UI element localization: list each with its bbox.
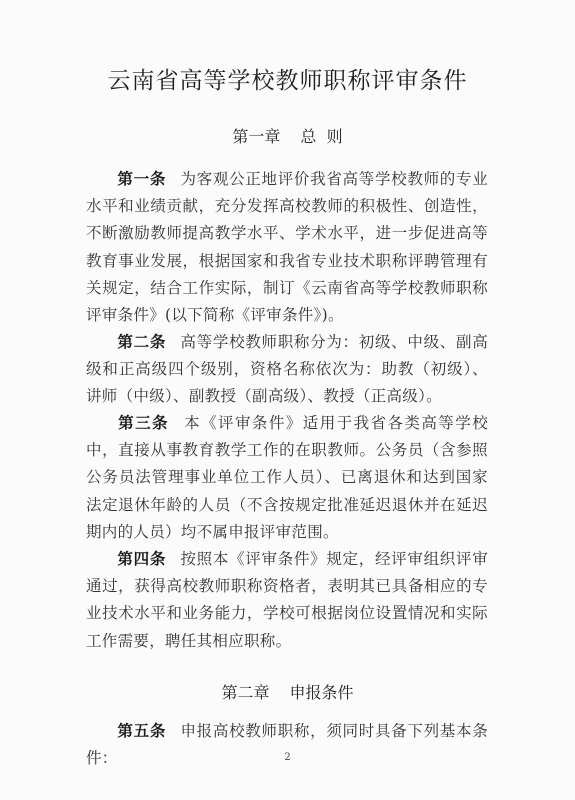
page-number: 2	[0, 752, 575, 763]
chapter-heading-2: 第二章申报条件	[0, 680, 575, 703]
chapter-heading-1: 第一章总 则	[0, 124, 575, 147]
chapter-name: 申报条件	[290, 683, 354, 702]
chapter-name: 总 则	[300, 127, 342, 146]
article-5: 第五条申报高校教师职称，须同时具备下列基本条件：	[86, 718, 488, 772]
article-label: 第二条	[117, 333, 166, 351]
article-label: 第三条	[117, 414, 169, 432]
article-1: 第一条为客观公正地评价我省高等学校教师的专业水平和业绩贡献，充分发挥高校教师的积…	[86, 166, 488, 329]
article-text: 本《评审条件》适用于我省各类高等学校中，直接从事教育教学工作的在职教师。公务员（…	[86, 414, 488, 541]
article-text: 为客观公正地评价我省高等学校教师的专业水平和业绩贡献，充分发挥高校教师的积极性、…	[86, 170, 488, 324]
article-label: 第四条	[117, 550, 166, 568]
article-label: 第一条	[117, 170, 166, 188]
article-label: 第五条	[117, 722, 166, 740]
chapter-label: 第一章	[232, 127, 280, 146]
article-4: 第四条按照本《评审条件》规定，经评审组织评审通过，获得高校教师职称资格者，表明其…	[86, 546, 488, 655]
document-page: 云南省高等学校教师职称评审条件 第一章总 则 第一条为客观公正地评价我省高等学校…	[0, 0, 575, 800]
chapter-label: 第二章	[221, 683, 269, 702]
article-3: 第三条本《评审条件》适用于我省各类高等学校中，直接从事教育教学工作的在职教师。公…	[86, 410, 488, 546]
article-2: 第二条高等学校教师职称分为：初级、中级、副高级和正高级四个级别，资格名称依次为：…	[86, 329, 488, 411]
document-title: 云南省高等学校教师职称评审条件	[0, 62, 575, 95]
